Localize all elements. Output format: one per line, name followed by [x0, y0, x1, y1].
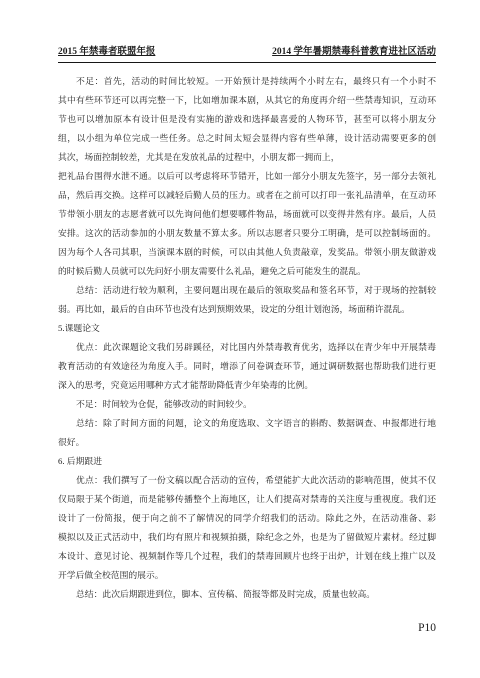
- body-line: 其中有些环节还可以再完整一下，比如增加课本剧，从其它的角度再介绍一些禁毒知识，互…: [58, 91, 436, 110]
- body-line: 教育活动的有效途径为角度入手。同时，增添了问卷调查环节，通过调研数据也帮助我们进…: [58, 357, 436, 376]
- body-line: 节带领小朋友的志愿者就可以先询问他们想要哪件物品，场面就可以变得井然有序。最后，…: [58, 205, 436, 224]
- body-line: 优点：此次课题论文我们另辟蹊径，对比国内外禁毒教育优劣，选择以在青少年中开展禁毒: [58, 338, 436, 357]
- body-line: 6. 后期跟进: [58, 452, 436, 471]
- page-number: P10: [418, 622, 436, 634]
- body-line: 节也可以增加原本有设计但是没有实施的游戏和选择最喜爱的人物环节，甚至可以将小朋友…: [58, 110, 436, 129]
- page-footer: P10: [58, 621, 436, 635]
- body-line: 不足：时间较为仓促，能够改动的时间较少。: [58, 395, 436, 414]
- body-line: 优点：我们撰写了一份文稿以配合活动的宣传，希望能扩大此次活动的影响范围，使其不仅: [58, 471, 436, 490]
- body-line: 总结：除了时间方面的问题，论文的角度选取、文字语言的斟酌、数据调查、申报都进行地: [58, 414, 436, 433]
- document-page: 2015 年禁毒者联盟年报 2014 学年暑期禁毒科普教育进社区活动 不足：首先…: [0, 0, 480, 678]
- body-line: 模拟以及正式活动中，我们均有照片和视频拍摄，除纪念之外，也是为了留做短片素材。经…: [58, 528, 436, 547]
- body-line: 品，然后再交换。这样可以减轻后勤人员的压力。或者在之前可以打印一张礼品清单，在互…: [58, 186, 436, 205]
- body-line: 5.课题论文: [58, 319, 436, 338]
- body-line: 不足：首先，活动的时间比较短。一开始预计是持续两个小时左右，最终只有一个小时不到…: [58, 72, 436, 91]
- body-line: 弱。再比如，最后的自由环节也没有达到预期效果，设定的分组计划泡汤，场面稍许混乱。: [58, 300, 436, 319]
- body-line: 总结：活动进行较为顺利，主要问题出现在最后的领取奖品和签名环节，对于现场的控制较: [58, 281, 436, 300]
- page-header: 2015 年禁毒者联盟年报 2014 学年暑期禁毒科普教育进社区活动: [58, 46, 436, 63]
- header-right-title: 2014 学年暑期禁毒科普教育进社区活动: [272, 46, 436, 59]
- body-line: 安排。这次的活动参加的小朋友数量不算太多。所以志愿者只要分工明确，是可以控制场面…: [58, 224, 436, 243]
- body-line: 开学后做全校范围的展示。: [58, 566, 436, 585]
- body-line: 的时候后勤人员就可以先问好小朋友需要什么礼品，避免之后可能发生的混乱。: [58, 262, 436, 281]
- body-line: 组，以小组为单位完成一些任务。总之时间太短会显得内容有些单薄，设计活动需要更多的…: [58, 129, 436, 148]
- header-left-title: 2015 年禁毒者联盟年报: [58, 46, 155, 59]
- document-body-text: 不足：首先，活动的时间比较短。一开始预计是持续两个小时左右，最终只有一个小时不到…: [58, 72, 436, 604]
- body-line: 总结：此次后期跟进到位，脚本、宣传稿、简报等都及时完成，质量也较高。: [58, 585, 436, 604]
- body-line: 深入的思考，究竟运用哪种方式才能帮助降低青少年染毒的比例。: [58, 376, 436, 395]
- body-line: 因为每个人各司其职，当演课本剧的时候，可以由其他人负责敲章，发奖品。带领小朋友做…: [58, 243, 436, 262]
- body-line: 本设计、意见讨论、视频制作等几个过程，我们的禁毒回顾片也终于出炉，计划在线上推广…: [58, 547, 436, 566]
- body-line: 设计了一份简报，便于向之前不了解情况的同学介绍我们的活动。除此之外，在活动准备、…: [58, 509, 436, 528]
- body-line: 很好。: [58, 433, 436, 452]
- body-line: 把礼品台围得水泄不通。以后可以考虑将环节错开，比如一部分小朋友先签字，另一部分去…: [58, 167, 436, 186]
- body-line: 仅局限于某个街道，而是能够传播整个上海地区，让人们提高对禁毒的关注度与重视度。我…: [58, 490, 436, 509]
- body-line: 其次，场面控制较差，尤其是在发放礼品的过程中，小朋友都一拥而上，: [58, 148, 436, 167]
